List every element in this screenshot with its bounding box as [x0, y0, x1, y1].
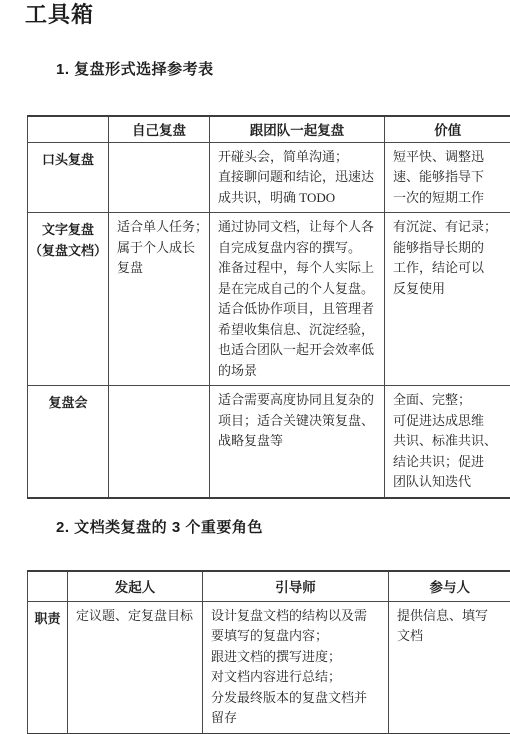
row-label-oral-review: 口头复盘 — [28, 142, 109, 213]
cell-duty-initiator: 定议题、定复盘目标 — [68, 601, 203, 734]
cell-written-value: 有沉淀、有记录； 能够指导长期的 工作，结论可以 反复使用 — [385, 213, 510, 386]
roles-header-row: 发起人 引导师 参与人 — [28, 571, 510, 601]
header-facilitator: 引导师 — [203, 571, 389, 601]
table-row-duty: 职责 定议题、定复盘目标 设计复盘文档的结构以及需 要填写的复盘内容； 跟进文档… — [28, 601, 510, 734]
table-row-oral-review: 口头复盘 开碰头会，简单沟通； 直接聊问题和结论，迅速达 成共识，明确 TODO… — [28, 142, 510, 213]
page-title: 工具箱 — [25, 1, 94, 29]
section2-heading: 2. 文档类复盘的 3 个重要角色 — [56, 517, 263, 539]
document-page: 工具箱 1. 复盘形式选择参考表 自己复盘 跟团队一起复盘 价值 口头复盘 开碰… — [0, 0, 510, 734]
row-label-duty: 职责 — [28, 601, 68, 734]
roles-header-empty-cell — [28, 571, 68, 601]
cell-duty-participant: 提供信息、填写 文档 — [389, 601, 510, 734]
cell-meeting-team: 适合需要高度协同且复杂的 项目；适合关键决策复盘、 战略复盘等 — [210, 386, 385, 498]
cell-meeting-value: 全面、完整； 可促进达成思维 共识、标准共识、 结论共识；促进 团队认知迭代 — [385, 386, 510, 498]
cell-written-team: 通过协同文档，让每个人各 自完成复盘内容的撰写。 准备过程中，每个人实际上 是在… — [210, 213, 385, 386]
header-initiator: 发起人 — [68, 571, 203, 601]
header-participant: 参与人 — [389, 571, 510, 601]
row-label-review-meeting: 复盘会 — [28, 386, 109, 498]
roles-table: 发起人 引导师 参与人 职责 定议题、定复盘目标 设计复盘文档的结构以及需 要填… — [27, 570, 510, 734]
cell-duty-facilitator: 设计复盘文档的结构以及需 要填写的复盘内容； 跟进文档的撰写进度； 对文档内容进… — [203, 601, 389, 734]
review-format-header-row: 自己复盘 跟团队一起复盘 价值 — [28, 116, 510, 142]
cell-written-self: 适合单人任务； 属于个人成长 复盘 — [109, 213, 210, 386]
table-row-written-review: 文字复盘 （复盘文档） 适合单人任务； 属于个人成长 复盘 通过协同文档，让每个… — [28, 213, 510, 386]
row-label-written-review: 文字复盘 （复盘文档） — [28, 213, 109, 386]
cell-oral-value: 短平快、调整迅 速、能够指导下 一次的短期工作 — [385, 142, 510, 213]
header-empty-cell — [28, 116, 109, 142]
header-team-review: 跟团队一起复盘 — [210, 116, 385, 142]
header-value: 价值 — [385, 116, 510, 142]
cell-meeting-self — [109, 386, 210, 498]
cell-oral-self — [109, 142, 210, 213]
table-row-review-meeting: 复盘会 适合需要高度协同且复杂的 项目；适合关键决策复盘、 战略复盘等 全面、完… — [28, 386, 510, 498]
cell-oral-team: 开碰头会，简单沟通； 直接聊问题和结论，迅速达 成共识，明确 TODO — [210, 142, 385, 213]
header-self-review: 自己复盘 — [109, 116, 210, 142]
section1-heading: 1. 复盘形式选择参考表 — [56, 59, 214, 81]
review-format-table: 自己复盘 跟团队一起复盘 价值 口头复盘 开碰头会，简单沟通； 直接聊问题和结论… — [27, 115, 510, 499]
